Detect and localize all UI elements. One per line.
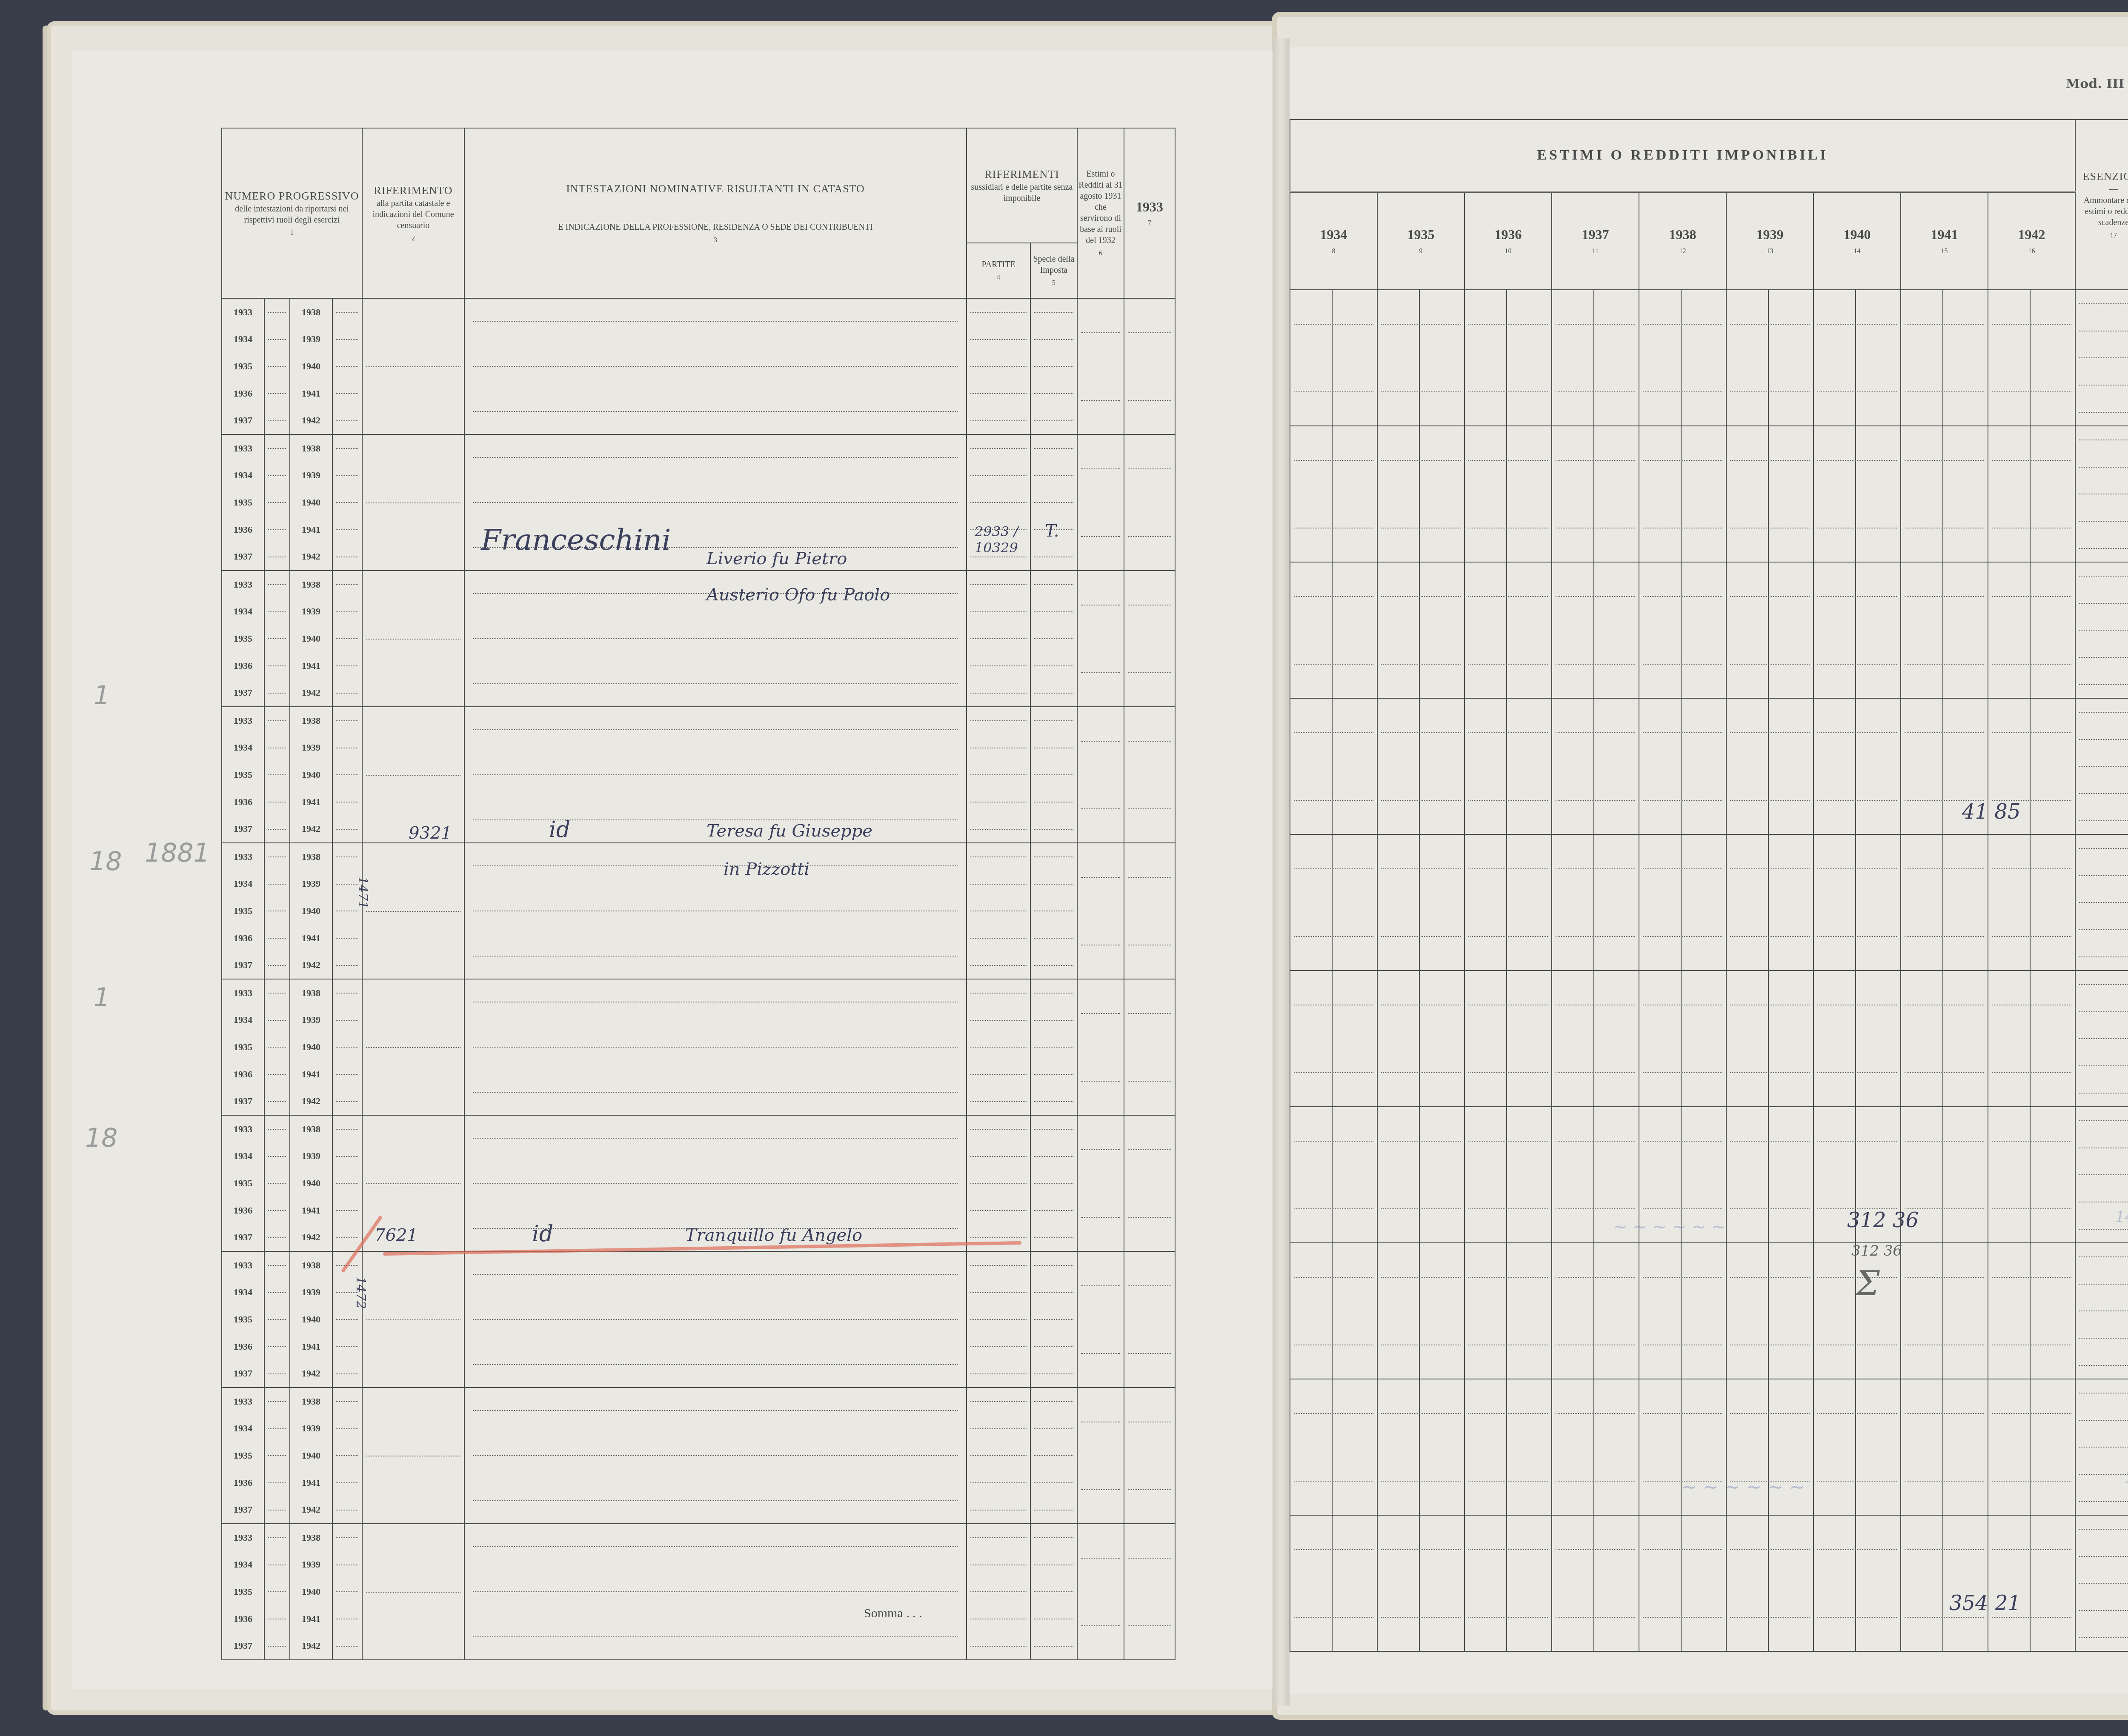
year-1934-cell (1290, 1379, 1377, 1515)
year-1937-cell (1552, 971, 1639, 1107)
year-1941-cell (1901, 971, 1988, 1107)
year-number-field-b (332, 1388, 362, 1524)
esenzioni-cell (2075, 1379, 2128, 1515)
estimi-1931-cell (1077, 298, 1124, 434)
year-column-a: 19331934193519361937 (222, 571, 264, 707)
year-1935-cell (1377, 1107, 1464, 1243)
year-1935-cell (1377, 971, 1464, 1107)
header-year-1933: 1933 7 (1124, 128, 1175, 298)
partite-cell (967, 1115, 1030, 1251)
year-1934-cell (1290, 1107, 1377, 1243)
estimi-1931-cell (1077, 979, 1124, 1115)
year-column-b: 19381939194019411942 (290, 843, 332, 979)
year-number-field-b (332, 571, 362, 707)
year-1935-cell (1377, 1515, 1464, 1651)
year-column-a: 19331934193519361937 (222, 707, 264, 843)
year-number-field-b (332, 979, 362, 1115)
year-1939-cell (1726, 426, 1813, 562)
partite-cell (967, 843, 1030, 979)
form-id: Mod. III - Imposte Dirette (Intercalare)… (2066, 77, 2128, 91)
riferimento-cell (362, 843, 464, 979)
intestazione-cell (464, 1388, 967, 1524)
year-number-field-a (264, 843, 290, 979)
margin-note: 1 (94, 681, 110, 711)
year-1933-cell (1124, 707, 1175, 843)
year-1940-cell (1813, 290, 1901, 426)
year-1934-cell (1290, 290, 1377, 426)
entry-group: 1933193419351936193719381939194019411942 (222, 571, 1175, 707)
header-riferimenti-sussidiari: RIFERIMENTI sussidiari e delle partite s… (967, 128, 1077, 243)
esenzioni-cell (2075, 426, 2128, 562)
margin-note: 18 (89, 847, 122, 877)
year-1941-cell (1901, 1243, 1988, 1379)
partite-cell (967, 571, 1030, 707)
year-column-b: 19381939194019411942 (290, 979, 332, 1115)
year-1937-cell (1552, 698, 1639, 834)
entry-group-right (1290, 971, 2128, 1107)
header-year-1935: 19359 (1377, 192, 1464, 290)
year-1942-cell (1988, 562, 2075, 698)
year-1942-cell (1988, 834, 2075, 971)
year-1939-cell (1726, 290, 1813, 426)
year-1936-cell (1464, 1243, 1552, 1379)
year-number-field-b (332, 1115, 362, 1251)
year-1934-cell (1290, 971, 1377, 1107)
partite-cell (967, 298, 1030, 434)
year-number-field-a (264, 1388, 290, 1524)
year-1935-cell (1377, 698, 1464, 834)
riferimento-cell (362, 979, 464, 1115)
year-1942-cell (1988, 1107, 2075, 1243)
year-1934-cell (1290, 834, 1377, 971)
year-1942-cell (1988, 971, 2075, 1107)
header-estimi-1931: Estimi o Redditi al 31 agosto 1931 che s… (1077, 128, 1124, 298)
year-1933-cell (1124, 1524, 1175, 1660)
year-1940-cell (1813, 971, 1901, 1107)
riferimento-cell (362, 1251, 464, 1388)
specie-cell (1030, 1524, 1077, 1660)
intestazione-cell (464, 979, 967, 1115)
specie-cell (1030, 571, 1077, 707)
year-number-field-b (332, 298, 362, 434)
entry-surname: id (532, 1221, 553, 1247)
year-1940-cell (1813, 1243, 1901, 1379)
year-1942-cell (1988, 290, 2075, 426)
year-number-field-a (264, 298, 290, 434)
estimi-1931-cell (1077, 1524, 1124, 1660)
entry-group: 1933193419351936193719381939194019411942 (222, 1524, 1175, 1660)
entry-group: 1933193419351936193719381939194019411942 (222, 1251, 1175, 1388)
esenzioni-cell (2075, 971, 2128, 1107)
margin-note: 18 (85, 1123, 117, 1153)
somma-label: Somma . . . (864, 1606, 922, 1621)
year-1941-cell (1901, 1515, 1988, 1651)
year-number-field-a (264, 571, 290, 707)
year-number-field-b (332, 1524, 362, 1660)
header-esenzioni: ESENZIONI — Ammontare degli estimi o red… (2075, 120, 2128, 290)
specie-cell (1030, 434, 1077, 571)
year-number-field-b (332, 707, 362, 843)
partite-cell (967, 1251, 1030, 1388)
year-1939-cell (1726, 834, 1813, 971)
intestazione-cell (464, 1524, 967, 1660)
year-number-field-a (264, 1115, 290, 1251)
partite-cell (967, 1388, 1030, 1524)
year-1937-cell (1552, 290, 1639, 426)
year-column-a: 19331934193519361937 (222, 1251, 264, 1388)
year-1938-cell (1639, 971, 1726, 1107)
year-column-b: 19381939194019411942 (290, 434, 332, 571)
year-1933-cell (1124, 434, 1175, 571)
year-1936-cell (1464, 1379, 1552, 1515)
margin-note: 1881 (145, 838, 210, 868)
entry-group: 1933193419351936193719381939194019411942 (222, 1388, 1175, 1524)
estimi-1931-cell (1077, 1388, 1124, 1524)
year-1941-cell (1901, 290, 1988, 426)
year-column-b: 19381939194019411942 (290, 1251, 332, 1388)
estimi-1931-cell (1077, 707, 1124, 843)
entry-group-right (1290, 426, 2128, 562)
header-riferimento: RIFERIMENTO alla partita catastale e ind… (362, 128, 464, 298)
riferimento-cell (362, 571, 464, 707)
year-number-field-a (264, 979, 290, 1115)
header-year-1939: 193913 (1726, 192, 1813, 290)
riferimento-cell (362, 1388, 464, 1524)
year-1939-cell (1726, 1243, 1813, 1379)
specie-cell (1030, 707, 1077, 843)
year-column-b: 19381939194019411942 (290, 1115, 332, 1251)
year-1937-cell (1552, 1515, 1639, 1651)
year-1938-cell (1639, 426, 1726, 562)
year-1938-cell (1639, 698, 1726, 834)
year-1935-cell (1377, 834, 1464, 971)
header-year-1938: 193812 (1639, 192, 1726, 290)
year-column-b: 19381939194019411942 (290, 707, 332, 843)
specie-cell (1030, 1388, 1077, 1524)
margin-note: 1 (94, 983, 110, 1013)
year-number-field-a (264, 1251, 290, 1388)
entry-group: 1933193419351936193719381939194019411942 (222, 298, 1175, 434)
year-number-field-a (264, 707, 290, 843)
annotation-faint: 1492 (2115, 1208, 2128, 1226)
entry-group-right (1290, 1515, 2128, 1651)
year-column-b: 19381939194019411942 (290, 571, 332, 707)
esenzioni-cell (2075, 1515, 2128, 1651)
header-partite: PARTITE 4 (967, 243, 1030, 298)
year-1934-cell (1290, 562, 1377, 698)
year-1938-cell (1639, 1515, 1726, 1651)
header-estimi-imponibili: ESTIMI O REDDITI IMPONIBILI (1290, 120, 2075, 192)
year-column-a: 19331934193519361937 (222, 1524, 264, 1660)
year-number-field-b (332, 434, 362, 571)
entry-riferimento: 7621 (375, 1225, 418, 1245)
year-1938-cell (1639, 834, 1726, 971)
year-1937-cell (1552, 1243, 1639, 1379)
year-1942-cell (1988, 1515, 2075, 1651)
esenzioni-cell (2075, 698, 2128, 834)
riferimento-cell (362, 1524, 464, 1660)
entry-group: 1933193419351936193719381939194019411942 (222, 843, 1175, 979)
year-1939-cell (1726, 971, 1813, 1107)
year-column-a: 19331934193519361937 (222, 1388, 264, 1524)
year-1941-cell (1901, 834, 1988, 971)
header-year-1937: 193711 (1552, 192, 1639, 290)
entry-given-name: in Pizzotti (724, 859, 809, 879)
year-1933-cell (1124, 298, 1175, 434)
year-1938-cell (1639, 562, 1726, 698)
specie-cell (1030, 298, 1077, 434)
entry-side-number: 1471 (355, 877, 370, 909)
year-1936-cell (1464, 290, 1552, 426)
sigma-mark: Σ (1856, 1264, 1880, 1303)
year-1933-cell (1124, 1115, 1175, 1251)
year-1940-cell (1813, 698, 1901, 834)
entry-surname: id (549, 817, 570, 842)
year-1935-cell (1377, 290, 1464, 426)
year-1936-cell (1464, 426, 1552, 562)
year-1938-cell (1639, 1243, 1726, 1379)
header-year-1941: 194115 (1901, 192, 1988, 290)
year-column-a: 19331934193519361937 (222, 979, 264, 1115)
estimi-1931-cell (1077, 843, 1124, 979)
year-1942-cell (1988, 1243, 2075, 1379)
estimi-1931-cell (1077, 1251, 1124, 1388)
specie-cell (1030, 1251, 1077, 1388)
header-intestazioni: INTESTAZIONI NOMINATIVE RISULTANTI IN CA… (464, 128, 967, 298)
year-1941-cell (1901, 562, 1988, 698)
year-column-b: 19381939194019411942 (290, 298, 332, 434)
entry-surname: Franceschini (481, 523, 671, 557)
year-1940-cell (1813, 834, 1901, 971)
entry-given-name: Tranquillo fu Angelo (685, 1225, 862, 1245)
right-ledger-table: ESTIMI O REDDITI IMPONIBILI ESENZIONI — … (1290, 119, 2128, 1652)
entry-group-right (1290, 834, 2128, 971)
year-1941-cell (1901, 426, 1988, 562)
specie-cell (1030, 843, 1077, 979)
entry-specie: T. (1045, 521, 1059, 541)
header-year-1942: 194216 (1988, 192, 2075, 290)
esenzioni-cell (2075, 1243, 2128, 1379)
year-column-b: 19381939194019411942 (290, 1388, 332, 1524)
year-1939-cell (1726, 562, 1813, 698)
entry-given-name: Teresa fu Giuseppe (706, 821, 872, 841)
bleedthrough-note: ~ ~ ~ ~ ~ ~ (1681, 1476, 2064, 1498)
year-1933-cell (1124, 979, 1175, 1115)
esenzioni-cell (2075, 834, 2128, 971)
year-1937-cell (1552, 1379, 1639, 1515)
entry-group: 1933193419351936193719381939194019411942 (222, 707, 1175, 843)
year-column-b: 19381939194019411942 (290, 1524, 332, 1660)
entry-amount-1941-pencil: 312 36 (1851, 1242, 1902, 1259)
year-1936-cell (1464, 971, 1552, 1107)
entry-group: 1933193419351936193719381939194019411942 (222, 979, 1175, 1115)
year-1934-cell (1290, 1243, 1377, 1379)
entry-side-number: 1472 (353, 1276, 368, 1309)
somma-total-1941: 354 21 (1949, 1591, 2021, 1615)
esenzioni-cell (2075, 562, 2128, 698)
year-1936-cell (1464, 1107, 1552, 1243)
estimi-1931-cell (1077, 1115, 1124, 1251)
header-year-1936: 193610 (1464, 192, 1552, 290)
year-number-field-b (332, 843, 362, 979)
year-1936-cell (1464, 698, 1552, 834)
year-1933-cell (1124, 843, 1175, 979)
year-1935-cell (1377, 426, 1464, 562)
year-column-a: 19331934193519361937 (222, 843, 264, 979)
year-1940-cell (1813, 1515, 1901, 1651)
intestazione-cell (464, 843, 967, 979)
header-year-1934: 19348 (1290, 192, 1377, 290)
annotation-faint: 1502 (2124, 1468, 2128, 1488)
year-1933-cell (1124, 1388, 1175, 1524)
entry-amount-1941: 41 85 (1962, 800, 2020, 824)
riferimento-cell (362, 707, 464, 843)
intestazione-cell (464, 1251, 967, 1388)
year-1937-cell (1552, 426, 1639, 562)
entry-group-right (1290, 1243, 2128, 1379)
partite-cell (967, 979, 1030, 1115)
year-1934-cell (1290, 1515, 1377, 1651)
riferimento-cell (362, 298, 464, 434)
entry-given-name: Liverio fu Pietro (706, 549, 847, 568)
year-1935-cell (1377, 1243, 1464, 1379)
year-number-field-a (264, 434, 290, 571)
estimi-1931-cell (1077, 571, 1124, 707)
entry-partite: 2933 / 10329 (975, 523, 1034, 556)
esenzioni-cell (2075, 290, 2128, 426)
year-1935-cell (1377, 562, 1464, 698)
partite-cell (967, 1524, 1030, 1660)
bleedthrough-note: ~ ~ ~ ~ ~ ~ (1613, 1217, 1996, 1236)
year-column-a: 19331934193519361937 (222, 1115, 264, 1251)
entry-given-name: Austerio Ofo fu Paolo (706, 585, 890, 605)
year-number-field-b (332, 1251, 362, 1388)
riferimento-cell (362, 434, 464, 571)
year-1939-cell (1726, 1515, 1813, 1651)
year-1937-cell (1552, 834, 1639, 971)
year-column-a: 19331934193519361937 (222, 434, 264, 571)
header-specie-imposta: Specie della Imposta 5 (1030, 243, 1077, 298)
entry-group-right (1290, 290, 2128, 426)
year-1937-cell (1552, 562, 1639, 698)
year-1938-cell (1639, 290, 1726, 426)
header-numero-progressivo: NUMERO PROGRESSIVO delle intestazioni da… (222, 128, 362, 298)
year-1933-cell (1124, 571, 1175, 707)
book-gutter (1273, 38, 1290, 1706)
year-1936-cell (1464, 834, 1552, 971)
specie-cell (1030, 979, 1077, 1115)
year-number-field-a (264, 1524, 290, 1660)
year-1936-cell (1464, 562, 1552, 698)
estimi-1931-cell (1077, 434, 1124, 571)
year-1940-cell (1813, 426, 1901, 562)
entry-group-right (1290, 562, 2128, 698)
year-1934-cell (1290, 426, 1377, 562)
header-year-1940: 194014 (1813, 192, 1901, 290)
year-1934-cell (1290, 698, 1377, 834)
partite-cell (967, 707, 1030, 843)
year-1942-cell (1988, 426, 2075, 562)
year-1939-cell (1726, 698, 1813, 834)
year-1940-cell (1813, 562, 1901, 698)
year-1936-cell (1464, 1515, 1552, 1651)
year-1933-cell (1124, 1251, 1175, 1388)
year-column-a: 19331934193519361937 (222, 298, 264, 434)
entry-riferimento: 9321 (409, 823, 452, 843)
specie-cell (1030, 1115, 1077, 1251)
intestazione-cell (464, 298, 967, 434)
year-1935-cell (1377, 1379, 1464, 1515)
